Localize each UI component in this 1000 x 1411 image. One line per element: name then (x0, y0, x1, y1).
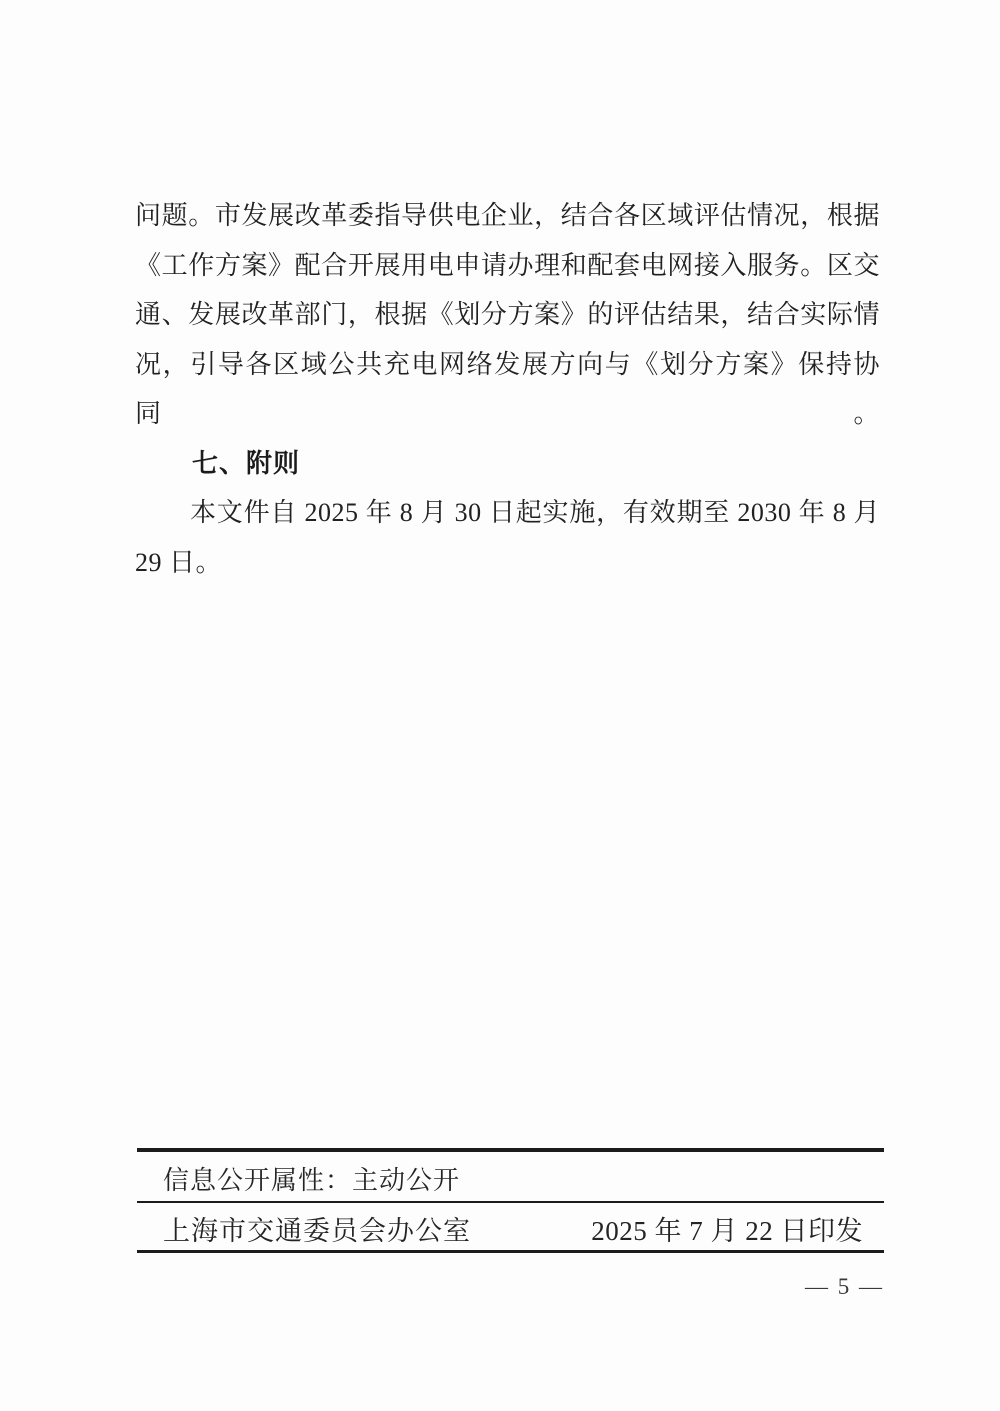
print-date: 2025 年 7 月 22 日印发 (591, 1212, 863, 1250)
paragraph-line: 《工作方案》配合开展用电申请办理和配套电网接入服务。区交 (135, 241, 880, 291)
document-page: 问题。市发展改革委指导供电企业，结合各区域评估情况，根据 《工作方案》配合开展用… (0, 0, 1000, 1411)
section-heading: 七、附则 (135, 439, 880, 489)
issuer-row: 上海市交通委员会办公室 2025 年 7 月 22 日印发 (137, 1212, 884, 1250)
paragraph-line: 本文件自 2025 年 8 月 30 日起实施，有效期至 2030 年 8 月 (135, 488, 880, 538)
paragraph-line: 况，引导各区域公共充电网络发展方向与《划分方案》保持协同。 (135, 340, 880, 439)
paragraph-line: 29 日。 (135, 538, 880, 588)
paragraph-line: 通、发展改革部门，根据《划分方案》的评估结果，结合实际情 (135, 290, 880, 340)
page-number: — 5 — (805, 1274, 884, 1300)
footer-rule-bottom (137, 1250, 884, 1253)
document-body: 问题。市发展改革委指导供电企业，结合各区域评估情况，根据 《工作方案》配合开展用… (135, 191, 880, 587)
issuing-office: 上海市交通委员会办公室 (163, 1212, 471, 1250)
paragraph-line: 问题。市发展改革委指导供电企业，结合各区域评估情况，根据 (135, 191, 880, 241)
footer-rule-top (137, 1148, 884, 1152)
footer-rule-middle (137, 1201, 884, 1203)
disclosure-attribute: 信息公开属性：主动公开 (163, 1163, 460, 1199)
